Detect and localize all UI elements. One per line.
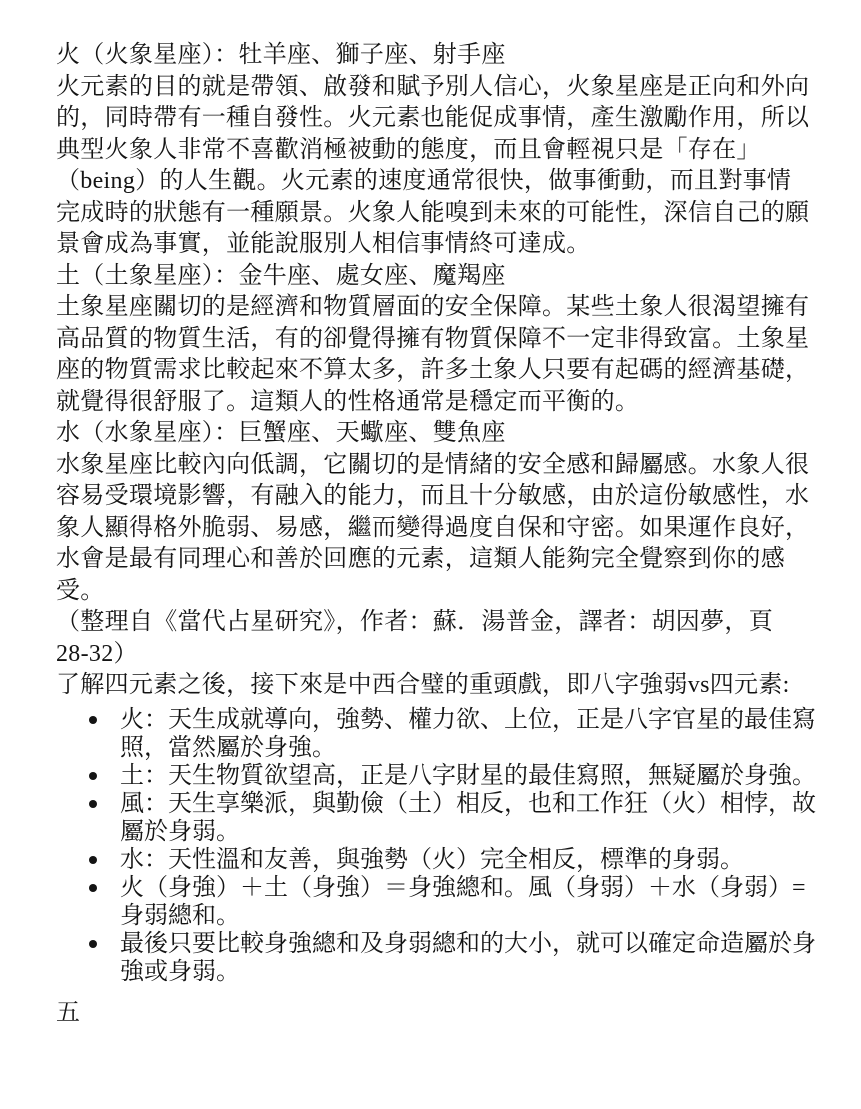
- paragraph-line: 水會是最有同理心和善於回應的元素，這類人能夠完全覺察到你的感: [56, 544, 831, 576]
- intro-line: 了解四元素之後，接下來是中西合璧的重頭戲，即八字強弱vs四元素:: [56, 670, 831, 702]
- heading-water-signs: 水（水象星座）：巨蟹座、天蠍座、雙魚座: [56, 418, 831, 450]
- list-item-line: 最後只要比較身強總和及身弱總和的大小，就可以確定命造屬於身: [120, 930, 831, 958]
- heading-earth-signs: 土（土象星座）：金牛座、處女座、魔羯座: [56, 261, 831, 293]
- paragraph-line: 火元素的目的就是帶領、啟發和賦予別人信心，火象星座是正向和外向: [56, 72, 831, 104]
- list-item-line: 風：天生享樂派，與勤儉（土）相反，也和工作狂（火）相悖，故: [120, 790, 831, 818]
- list-item-line: 火（身強）＋土（身強）＝身強總和。風（身弱）＋水（身弱）=: [120, 874, 831, 902]
- paragraph-line: 座的物質需求比較起來不算太多，許多土象人只要有起碼的經濟基礎，: [56, 355, 831, 387]
- list-item-line: 火：天生成就導向，強勢、權力欲、上位，正是八字官星的最佳寫: [120, 706, 831, 734]
- paragraph-line: 景會成為事實，並能說服別人相信事情終可達成。: [56, 229, 831, 261]
- element-strength-list: 火：天生成就導向，強勢、權力欲、上位，正是八字官星的最佳寫 照，當然屬於身強。 …: [56, 706, 831, 986]
- paragraph-line: 完成時的狀態有一種願景。火象人能嗅到未來的可能性，深信自己的願: [56, 198, 831, 230]
- page-number: 五: [56, 998, 831, 1030]
- list-item-line: 土：天生物質欲望高，正是八字財星的最佳寫照，無疑屬於身強。: [120, 762, 831, 790]
- paragraph-line: 典型火象人非常不喜歡消極被動的態度，而且會輕視只是「存在」: [56, 135, 831, 167]
- paragraph-line: 的，同時帶有一種自發性。火元素也能促成事情，產生激勵作用，所以: [56, 103, 831, 135]
- list-item: 土：天生物質欲望高，正是八字財星的最佳寫照，無疑屬於身強。: [120, 762, 831, 790]
- list-item: 火：天生成就導向，強勢、權力欲、上位，正是八字官星的最佳寫 照，當然屬於身強。: [120, 706, 831, 762]
- paragraph-line: 容易受環境影響，有融入的能力，而且十分敏感，由於這份敏感性，水: [56, 481, 831, 513]
- list-item: 水：天性溫和友善，與強勢（火）完全相反，標準的身弱。: [120, 846, 831, 874]
- paragraph-line: 水象星座比較內向低調，它關切的是情緒的安全感和歸屬感。水象人很: [56, 450, 831, 482]
- heading-fire-signs: 火（火象星座）：牡羊座、獅子座、射手座: [56, 40, 831, 72]
- paragraph-line: 土象星座關切的是經濟和物質層面的安全保障。某些土象人很渴望擁有: [56, 292, 831, 324]
- paragraph-line: 高品質的物質生活，有的卻覺得擁有物質保障不一定非得致富。土象星: [56, 324, 831, 356]
- paragraph-line: （being）的人生觀。火元素的速度通常很快，做事衝動，而且對事情: [56, 166, 831, 198]
- list-item-line: 身弱總和。: [120, 902, 831, 930]
- list-item: 風：天生享樂派，與勤儉（土）相反，也和工作狂（火）相悖，故 屬於身弱。: [120, 790, 831, 846]
- list-item: 火（身強）＋土（身強）＝身強總和。風（身弱）＋水（身弱）= 身弱總和。: [120, 874, 831, 930]
- paragraph-line: 象人顯得格外脆弱、易感，繼而變得過度自保和守密。如果運作良好，: [56, 513, 831, 545]
- list-item-line: 水：天性溫和友善，與強勢（火）完全相反，標準的身弱。: [120, 846, 831, 874]
- list-item: 最後只要比較身強總和及身弱總和的大小，就可以確定命造屬於身 強或身弱。: [120, 930, 831, 986]
- source-citation-line: 28-32）: [56, 639, 831, 671]
- source-citation-line: （整理自《當代占星研究》，作者：蘇．湯普金，譯者：胡因夢，頁: [56, 607, 831, 639]
- list-item-line: 屬於身弱。: [120, 818, 831, 846]
- document-content: 火（火象星座）：牡羊座、獅子座、射手座 火元素的目的就是帶領、啟發和賦予別人信心…: [0, 0, 861, 1029]
- paragraph-line: 受。: [56, 576, 831, 608]
- paragraph-line: 就覺得很舒服了。這類人的性格通常是穩定而平衡的。: [56, 387, 831, 419]
- list-item-line: 照，當然屬於身強。: [120, 734, 831, 762]
- document-page: 火（火象星座）：牡羊座、獅子座、射手座 火元素的目的就是帶領、啟發和賦予別人信心…: [0, 0, 861, 1109]
- list-item-line: 強或身弱。: [120, 958, 831, 986]
